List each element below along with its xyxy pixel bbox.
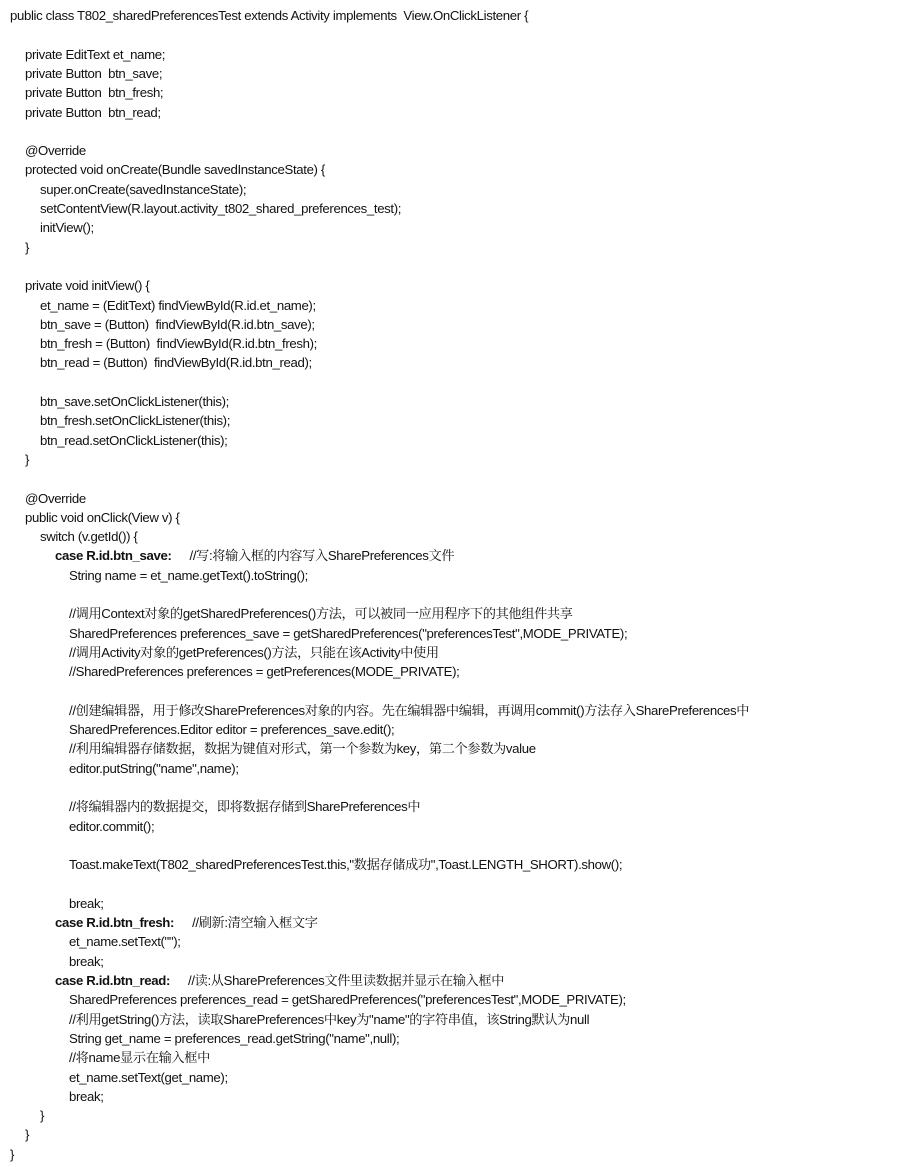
code-line: @Override xyxy=(25,141,86,160)
code-line: btn_read = (Button) findViewById(R.id.bt… xyxy=(40,353,312,372)
code-line: public class T802_sharedPreferencesTest … xyxy=(10,6,528,25)
code-line: SharedPreferences preferences_read = get… xyxy=(69,990,626,1009)
code-line: SharedPreferences preferences_save = get… xyxy=(69,624,627,643)
code-line: //调用Context对象的getSharedPreferences()方法，可… xyxy=(69,604,573,623)
code-line: String get_name = preferences_read.getSt… xyxy=(69,1029,399,1048)
code-line: editor.commit(); xyxy=(69,817,154,836)
code-line: et_name.setText(get_name); xyxy=(69,1068,228,1087)
code-line: } xyxy=(25,1125,29,1144)
code-line: private Button btn_fresh; xyxy=(25,83,163,102)
code-line: //将name显示在输入框中 xyxy=(69,1048,210,1067)
code-line: private Button btn_save; xyxy=(25,64,162,83)
code-line: btn_fresh = (Button) findViewById(R.id.b… xyxy=(40,334,317,353)
code-line: switch (v.getId()) { xyxy=(40,527,138,546)
inline-comment: //刷新:清空输入框文字 xyxy=(192,915,317,930)
code-line: editor.putString("name",name); xyxy=(69,759,239,778)
code-line: String name = et_name.getText().toString… xyxy=(69,566,308,585)
case-label: case R.id.btn_save: xyxy=(55,548,172,563)
case-label: case R.id.btn_read: xyxy=(55,973,170,988)
code-line: btn_read.setOnClickListener(this); xyxy=(40,431,227,450)
code-line: } xyxy=(25,450,29,469)
code-line: case R.id.btn_fresh://刷新:清空输入框文字 xyxy=(55,913,318,932)
code-line: //创建编辑器，用于修改SharePreferences对象的内容。先在编辑器中… xyxy=(69,701,749,720)
code-line: case R.id.btn_read://读:从SharePreferences… xyxy=(55,971,504,990)
code-line: private EditText et_name; xyxy=(25,45,165,64)
inline-comment: //读:从SharePreferences文件里读数据并显示在输入框中 xyxy=(188,973,504,988)
code-line: initView(); xyxy=(40,218,94,237)
code-line: public void onClick(View v) { xyxy=(25,508,180,527)
code-line: //将编辑器内的数据提交，即将数据存储到SharePreferences中 xyxy=(69,797,420,816)
code-line: //调用Activity对象的getPreferences()方法，只能在该Ac… xyxy=(69,643,439,662)
code-line: setContentView(R.layout.activity_t802_sh… xyxy=(40,199,401,218)
code-line: //SharedPreferences preferences = getPre… xyxy=(69,662,459,681)
code-line: private Button btn_read; xyxy=(25,103,161,122)
case-label: case R.id.btn_fresh: xyxy=(55,915,174,930)
code-line: btn_save.setOnClickListener(this); xyxy=(40,392,229,411)
code-line: break; xyxy=(69,1087,104,1106)
code-line: super.onCreate(savedInstanceState); xyxy=(40,180,246,199)
code-line: btn_save = (Button) findViewById(R.id.bt… xyxy=(40,315,315,334)
code-line: et_name = (EditText) findViewById(R.id.e… xyxy=(40,296,316,315)
code-line: break; xyxy=(69,952,104,971)
code-line: } xyxy=(40,1106,44,1125)
code-document: public class T802_sharedPreferencesTest … xyxy=(0,0,903,1167)
code-line: break; xyxy=(69,894,104,913)
code-line: } xyxy=(25,238,29,257)
code-line: SharedPreferences.Editor editor = prefer… xyxy=(69,720,394,739)
code-line: Toast.makeText(T802_sharedPreferencesTes… xyxy=(69,855,622,874)
code-line: et_name.setText(""); xyxy=(69,932,181,951)
code-line: } xyxy=(10,1145,14,1164)
code-line: case R.id.btn_save://写:将输入框的内容写入SharePre… xyxy=(55,546,454,565)
code-line: //利用getString()方法，读取SharePreferences中key… xyxy=(69,1010,589,1029)
code-line: btn_fresh.setOnClickListener(this); xyxy=(40,411,230,430)
code-line: private void initView() { xyxy=(25,276,149,295)
code-line: //利用编辑器存储数据，数据为键值对形式，第一个参数为key，第二个参数为val… xyxy=(69,739,536,758)
code-line: protected void onCreate(Bundle savedInst… xyxy=(25,160,325,179)
inline-comment: //写:将输入框的内容写入SharePreferences文件 xyxy=(190,548,455,563)
code-line: @Override xyxy=(25,489,86,508)
